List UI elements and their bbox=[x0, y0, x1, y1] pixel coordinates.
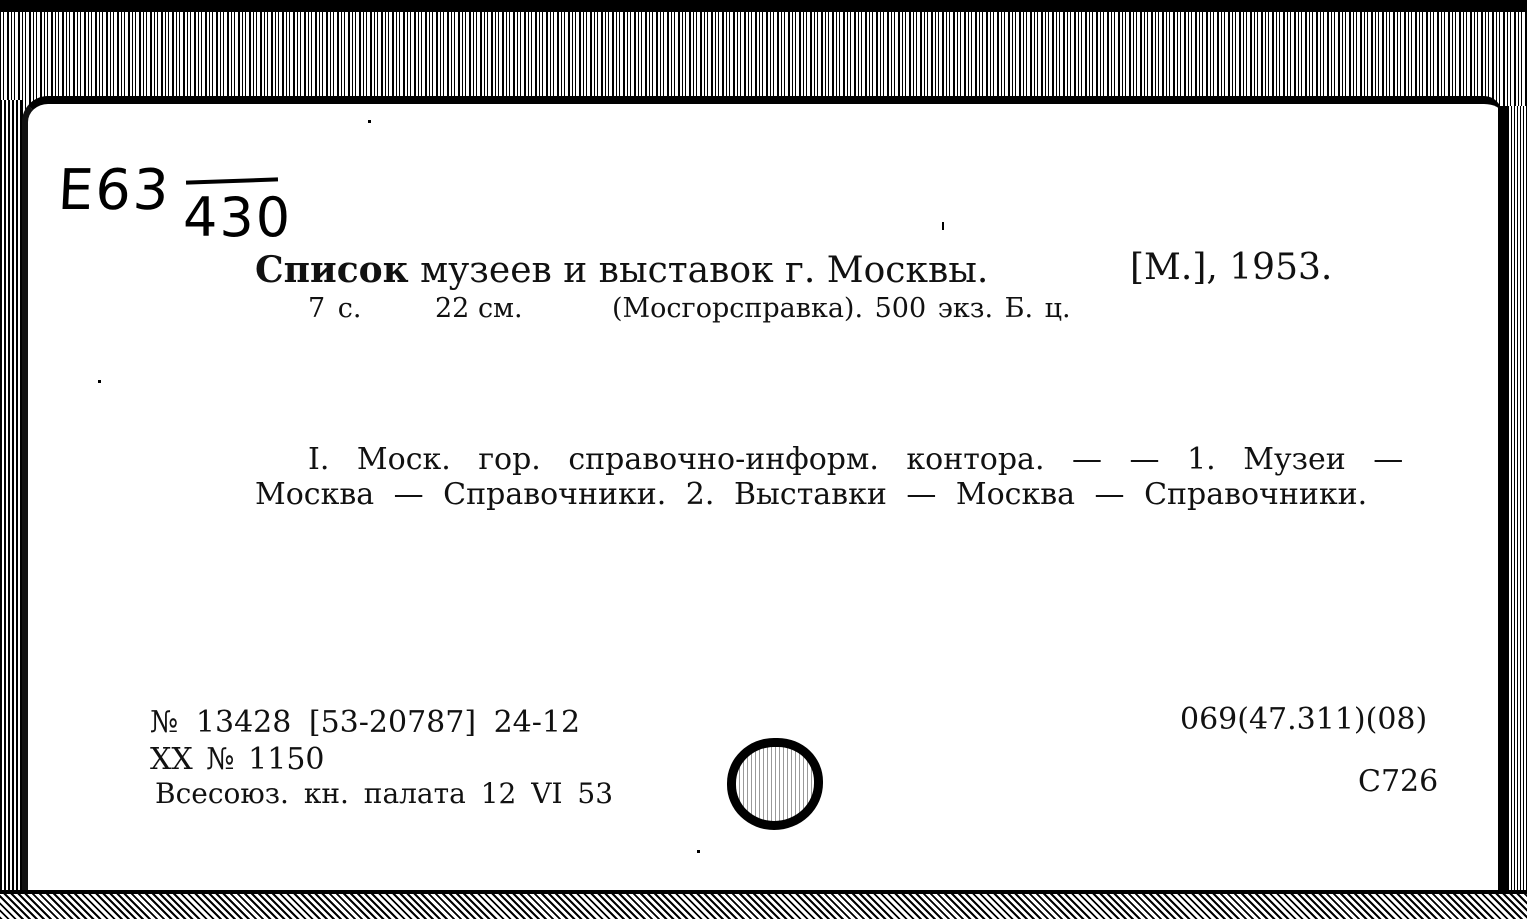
collation-series: (Мосгорсправка). 500 экз. Б. ц. bbox=[612, 295, 1071, 322]
title-remainder: музеев и выставок г. Москвы. bbox=[420, 250, 988, 291]
scan-top-border bbox=[0, 0, 1527, 12]
shelfmark-code: E63 bbox=[56, 158, 172, 223]
scan-speck bbox=[98, 380, 101, 383]
tracing-line-1: I. Моск. гор. справочно-информ. контора.… bbox=[308, 445, 1403, 475]
scan-speck bbox=[942, 222, 944, 230]
scan-bottom-border bbox=[0, 890, 1527, 919]
tracing-line-2: Москва — Справочники. 2. Выставки — Моск… bbox=[255, 480, 1367, 510]
collation-size: 22 см. bbox=[435, 295, 523, 322]
scan-left-border bbox=[0, 100, 22, 890]
registration-number: № 13428 [53-20787] 24-12 bbox=[150, 708, 580, 738]
title-heading-word: Список bbox=[255, 249, 409, 291]
scan-right-border bbox=[1508, 106, 1527, 896]
author-mark: С726 bbox=[1358, 767, 1438, 797]
title-line: Список музеев и выставок г. Москвы. bbox=[255, 252, 988, 289]
book-chamber-line: Всесоюз. кн. палата 12 VI 53 bbox=[155, 780, 613, 808]
udc-classification: 069(47.311)(08) bbox=[1180, 705, 1427, 735]
registration-series: XX № 1150 bbox=[150, 745, 325, 775]
scan-speck bbox=[368, 120, 371, 123]
card-punch-hole bbox=[727, 738, 823, 830]
scan-speck bbox=[697, 850, 700, 853]
collation-pages: 7 с. bbox=[308, 295, 361, 322]
imprint: [М.], 1953. bbox=[1130, 250, 1332, 286]
shelfmark-number: 430 bbox=[183, 186, 292, 249]
card-right-edge bbox=[1498, 106, 1508, 896]
scanned-catalog-card-page: E63 430 Список музеев и выставок г. Моск… bbox=[0, 0, 1527, 919]
